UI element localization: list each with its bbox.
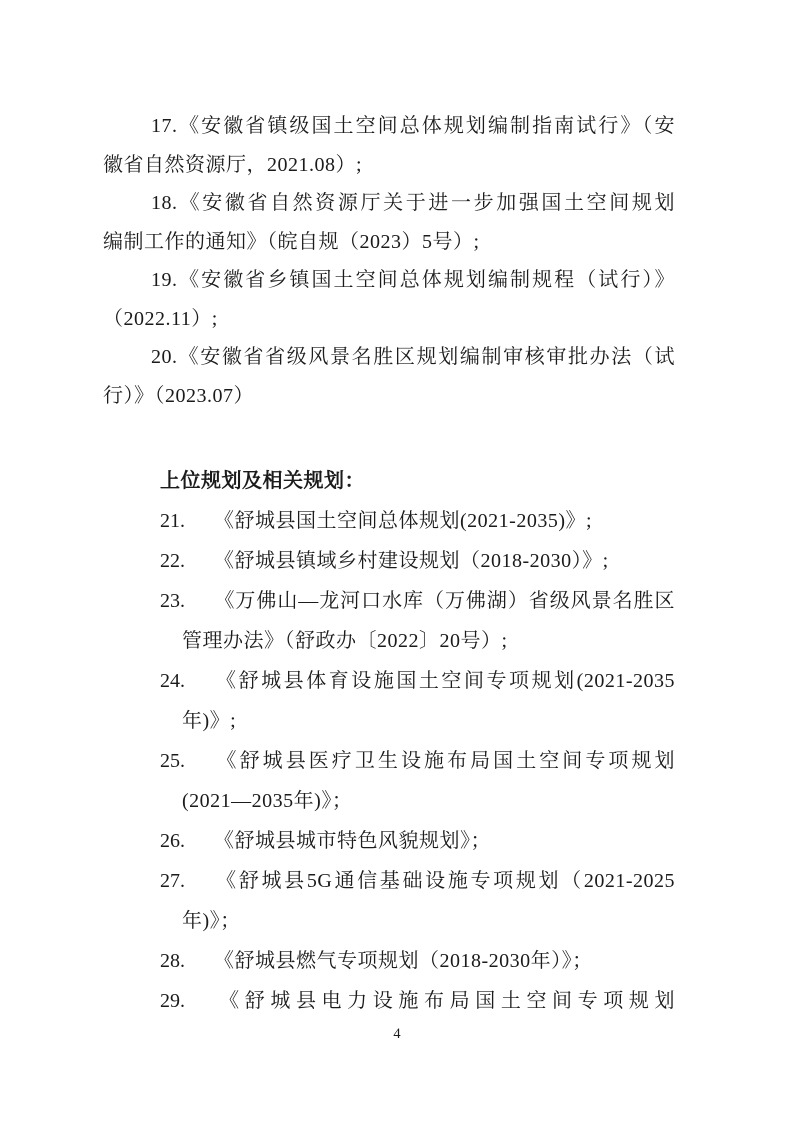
regulation-item-line: 19.《安徽省乡镇国土空间总体规划编制规程（试行）》 (103, 261, 675, 300)
plan-item-line: 28.《舒城县燃气专项规划（2018-2030年）》； (160, 941, 675, 981)
list-item-text: 《舒城县镇域乡村建设规划（2018-2030）》; (214, 550, 609, 572)
plan-item-line: 25.《舒城县医疗卫生设施布局国土空间专项规划 (160, 741, 675, 781)
regulation-item-line: 18.《安徽省自然资源厅关于进一步加强国土空间规划 (103, 184, 675, 223)
plan-item-continuation-line: 管理办法》（舒政办〔2022〕20号）; (160, 621, 675, 661)
regulation-item-line: 编制工作的通知》（皖自规（2023）5号）; (103, 223, 675, 262)
plan-item-line: 24.《舒城县体育设施国土空间专项规划(2021-2035 (160, 661, 675, 701)
plan-item-line: 23.《万佛山—龙河口水库（万佛湖）省级风景名胜区 (160, 581, 675, 621)
plan-item-continuation-line: 年)》； (160, 901, 675, 941)
regulation-item-line: 20.《安徽省省级风景名胜区规划编制审核审批办法（试 (103, 338, 675, 377)
list-item-text: 《舒城县电力设施布局国土空间专项规划 (214, 990, 675, 1012)
regulation-item-line: （2022.11）; (103, 300, 675, 339)
list-item-text: 《万佛山—龙河口水库（万佛湖）省级风景名胜区 (214, 590, 675, 612)
plan-item-line: 29.《舒城县电力设施布局国土空间专项规划 (160, 981, 675, 1021)
list-item-number: 21. (160, 501, 214, 541)
plan-item-continuation-line: 年)》; (160, 701, 675, 741)
section-heading: 上位规划及相关规划： (160, 461, 675, 501)
plans-section: 21.《舒城县国土空间总体规划(2021-2035)》;22.《舒城县镇域乡村建… (103, 501, 675, 1021)
plan-item-line: 21.《舒城县国土空间总体规划(2021-2035)》; (160, 501, 675, 541)
list-item-text: 《舒城县5G通信基础设施专项规划（2021-2025 (214, 870, 675, 892)
list-item-number: 23. (160, 581, 214, 621)
list-item-text: 《舒城县城市特色风貌规划》； (214, 830, 491, 852)
regulation-item-line: 行）》（2023.07） (103, 377, 675, 416)
list-item-number: 27. (160, 861, 214, 901)
page-number: 4 (103, 1021, 675, 1047)
list-item-text: 《舒城县燃气专项规划（2018-2030年）》； (214, 950, 593, 972)
list-item-number: 25. (160, 741, 214, 781)
regulation-item-line: 徽省自然资源厅，2021.08）; (103, 146, 675, 185)
list-item-number: 22. (160, 541, 214, 581)
plan-item-line: 22.《舒城县镇域乡村建设规划（2018-2030）》; (160, 541, 675, 581)
list-item-number: 28. (160, 941, 214, 981)
list-item-text: 《舒城县医疗卫生设施布局国土空间专项规划 (214, 750, 675, 772)
plan-item-line: 26.《舒城县城市特色风貌规划》； (160, 821, 675, 861)
list-item-number: 26. (160, 821, 214, 861)
plan-item-continuation-line: (2021—2035年)》； (160, 781, 675, 821)
regulations-section: 17.《安徽省镇级国土空间总体规划编制指南试行》（安徽省自然资源厅，2021.0… (103, 107, 675, 415)
list-item-text: 《舒城县体育设施国土空间专项规划(2021-2035 (214, 670, 675, 692)
list-item-number: 24. (160, 661, 214, 701)
document-body: 17.《安徽省镇级国土空间总体规划编制指南试行》（安徽省自然资源厅，2021.0… (103, 107, 675, 1047)
list-item-text: 《舒城县国土空间总体规划(2021-2035)》; (214, 510, 592, 532)
document-page: 17.《安徽省镇级国土空间总体规划编制指南试行》（安徽省自然资源厅，2021.0… (0, 0, 793, 1122)
plan-item-line: 27.《舒城县5G通信基础设施专项规划（2021-2025 (160, 861, 675, 901)
list-item-number: 29. (160, 981, 214, 1021)
regulation-item-line: 17.《安徽省镇级国土空间总体规划编制指南试行》（安 (103, 107, 675, 146)
